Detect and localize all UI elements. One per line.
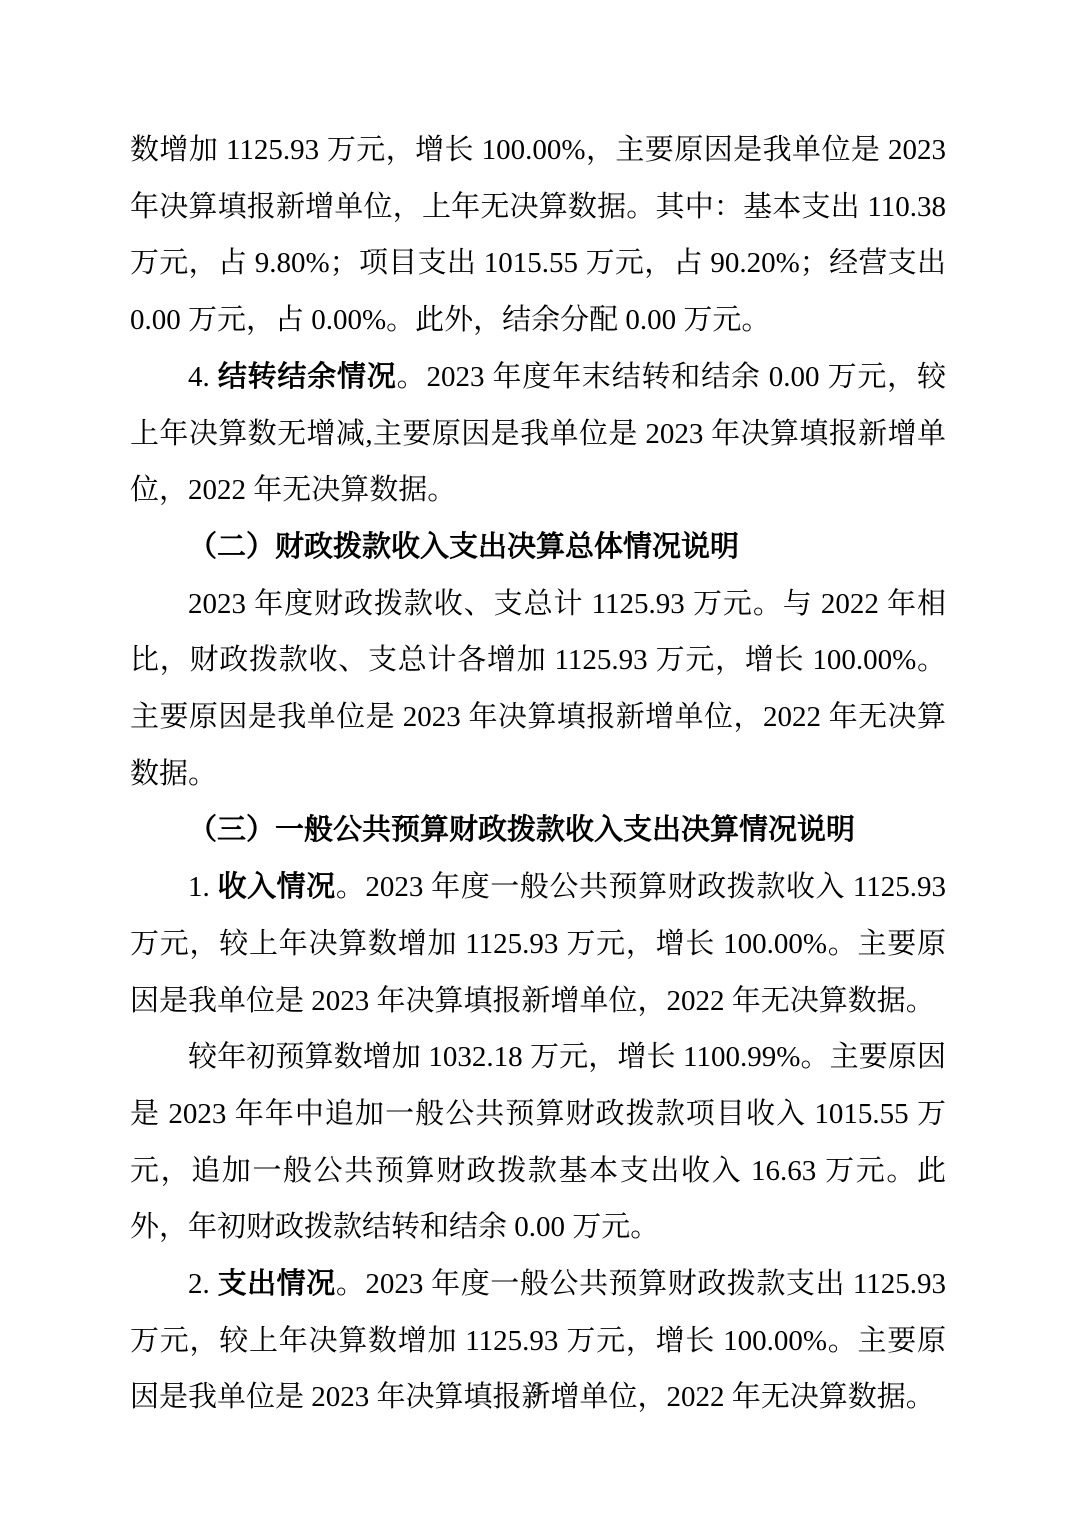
text-run: 1. — [188, 871, 218, 903]
text-run: 较年初预算数增加 1032.18 万元，增长 1100.99%。主要原因是 20… — [130, 1041, 946, 1243]
text-run: 数增加 1125.93 万元，增长 100.00%，主要原因是我单位是 2023… — [130, 134, 946, 336]
bold-text-run: （二）财政拨款收入支出决算总体情况说明 — [188, 531, 739, 563]
bold-text-run: 结转结余情况 — [218, 361, 397, 393]
document-page: 数增加 1125.93 万元，增长 100.00%，主要原因是我单位是 2023… — [0, 0, 1074, 1520]
paragraph: 4. 结转结余情况。2023 年度年末结转和结余 0.00 万元，较上年决算数无… — [130, 349, 946, 519]
document-body: 数增加 1125.93 万元，增长 100.00%，主要原因是我单位是 2023… — [130, 122, 946, 1426]
page-number: 3 — [0, 1378, 1074, 1402]
bold-text-run: 支出情况 — [218, 1268, 336, 1300]
bold-text-run: （三）一般公共预算财政拨款收入支出决算情况说明 — [188, 814, 855, 846]
paragraph: 数增加 1125.93 万元，增长 100.00%，主要原因是我单位是 2023… — [130, 122, 946, 349]
text-run: 2023 年度财政拨款收、支总计 1125.93 万元。与 2022 年相比，财… — [130, 588, 946, 790]
section-heading: （三）一般公共预算财政拨款收入支出决算情况说明 — [130, 802, 946, 859]
paragraph: 2023 年度财政拨款收、支总计 1125.93 万元。与 2022 年相比，财… — [130, 576, 946, 803]
bold-text-run: 收入情况 — [218, 871, 336, 903]
paragraph: 1. 收入情况。2023 年度一般公共预算财政拨款收入 1125.93 万元，较… — [130, 859, 946, 1029]
text-run: 4. — [188, 361, 218, 393]
section-heading: （二）财政拨款收入支出决算总体情况说明 — [130, 519, 946, 576]
paragraph: 较年初预算数增加 1032.18 万元，增长 1100.99%。主要原因是 20… — [130, 1029, 946, 1256]
text-run: 2. — [188, 1268, 218, 1300]
